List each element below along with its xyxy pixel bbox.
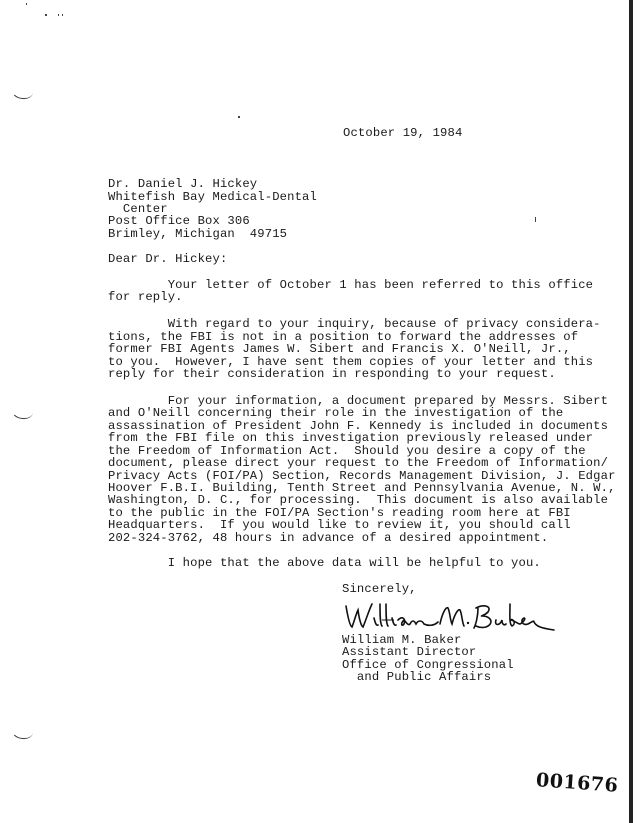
body-line: reply for their consideration in respond…: [108, 368, 556, 381]
scan-speck: [26, 3, 27, 5]
body-line: 202-324-3762, 48 hours in advance of a d…: [108, 532, 548, 545]
address-line: Brimley, Michigan 49715: [108, 228, 287, 241]
scan-speck: [238, 116, 240, 118]
body-line: for reply.: [108, 291, 183, 304]
letter-date: October 19, 1984: [343, 127, 462, 140]
letter-page: October 19, 1984 Dr. Daniel J. Hickey Wh…: [0, 0, 637, 823]
handwritten-signature: [342, 596, 557, 634]
salutation: Dear Dr. Hickey:: [108, 253, 227, 266]
punch-hole-mark: [11, 723, 34, 741]
scan-speck: [58, 14, 59, 16]
punch-hole-mark: [11, 83, 34, 101]
punch-hole-mark: [11, 403, 34, 421]
signer-office-cont: and Public Affairs: [342, 671, 491, 684]
scan-edge-bar: [629, 0, 633, 823]
scan-speck: [45, 14, 47, 16]
scan-speck: [62, 14, 63, 16]
body-line: I hope that the above data will be helpf…: [108, 557, 541, 570]
closing: Sincerely,: [342, 583, 417, 596]
document-number-stamp: 001676: [535, 769, 619, 797]
scan-speck: [535, 217, 536, 222]
